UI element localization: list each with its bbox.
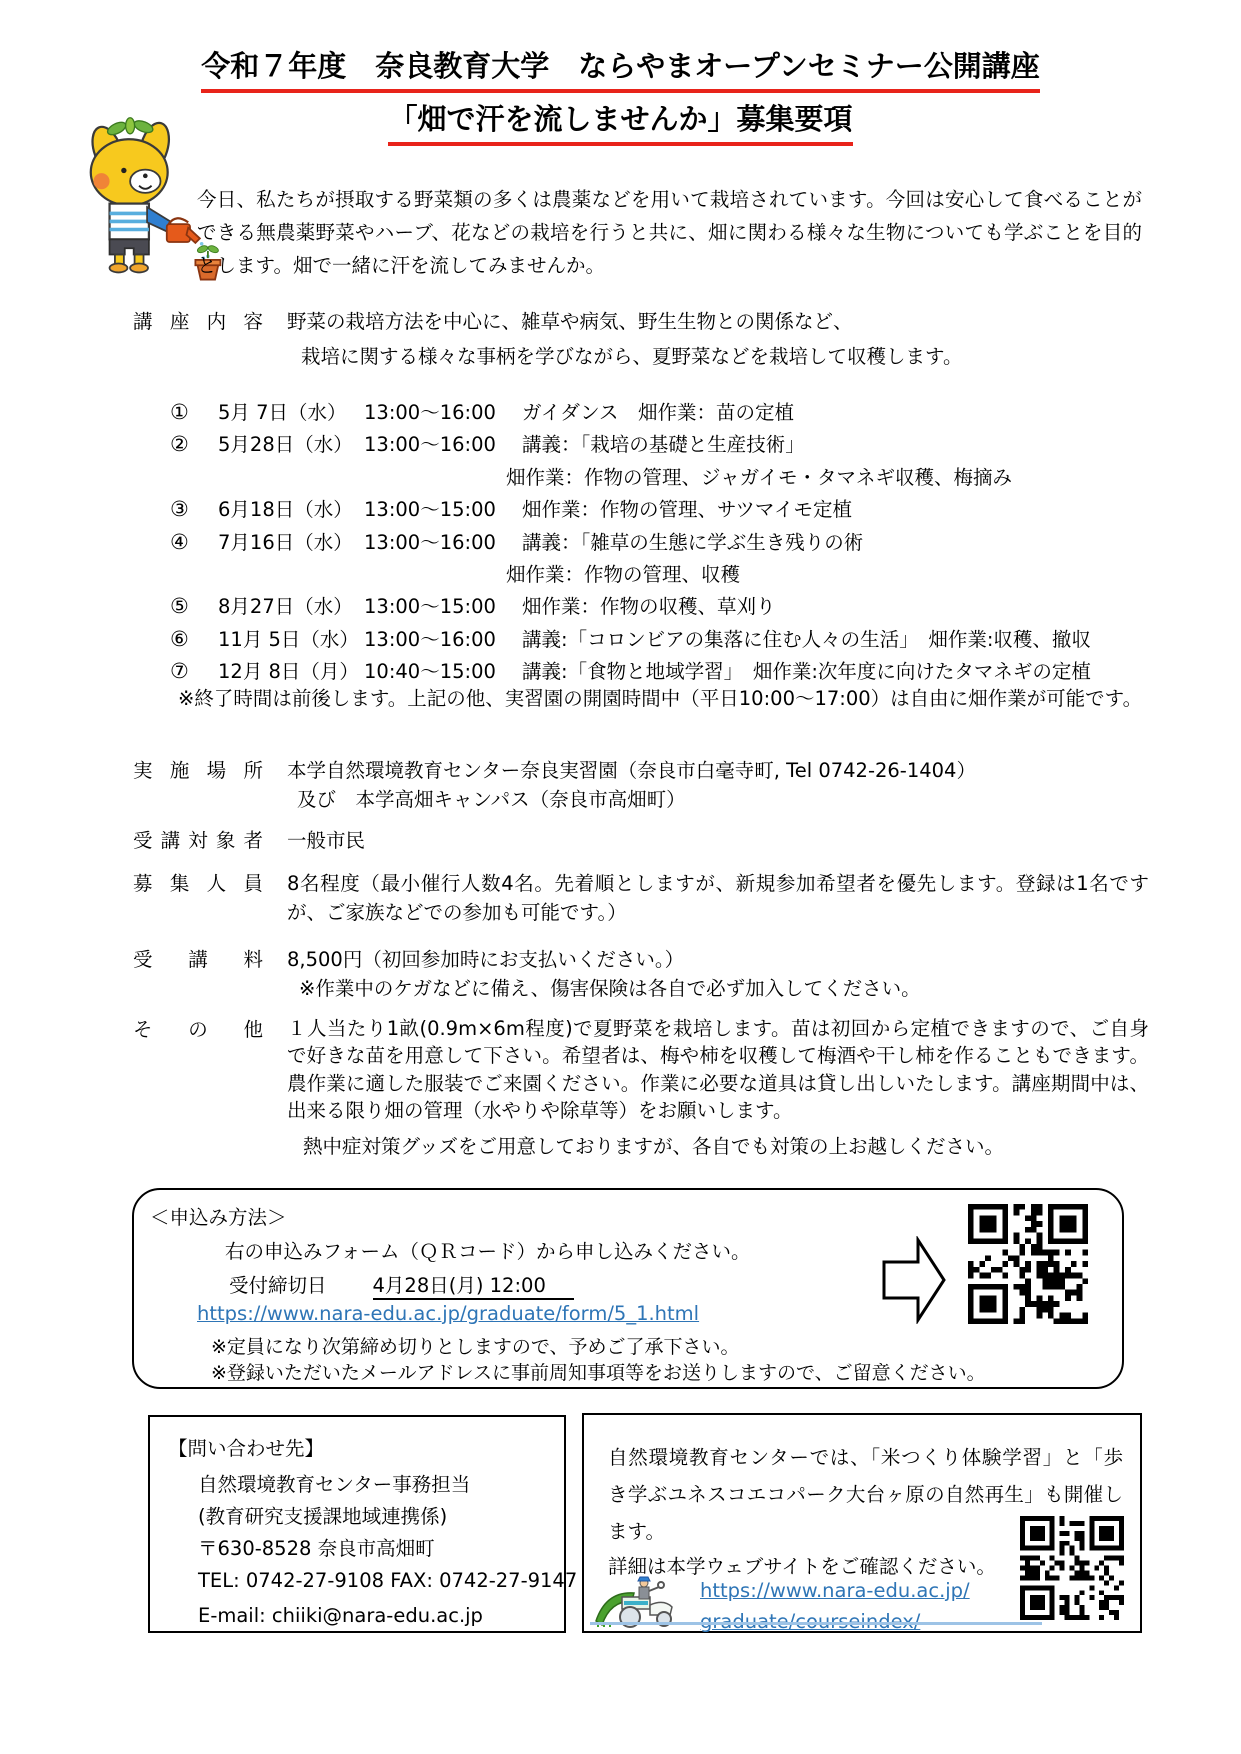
rice-planter-icon: [592, 1571, 694, 1629]
page-title-line1: 令和７年度 奈良教育大学 ならやまオープンセミナー公開講座: [201, 46, 1039, 93]
course-label: 講座内容: [133, 304, 263, 374]
schedule-row-5: ⑤8月27日（水）13:00～15:00畑作業：作物の収穫、草刈り: [170, 591, 1170, 623]
related-programs-box: 自然環境教育センターでは、「米つくり体験学習」と「歩き学ぶユネスコエコパーク大台…: [582, 1413, 1142, 1633]
fee-text: 8,500円（初回参加時にお支払いください。）: [287, 945, 1149, 974]
apply-note2: ※登録いただいたメールアドレスに事前周知事項等をお送りしますので、ご留意ください…: [211, 1358, 986, 1385]
section-target: 受講対象者 一般市民: [133, 826, 1149, 855]
contact-box: 【問い合わせ先】 自然環境教育センター事務担当 (教育研究支援課地域連携係) 〒…: [148, 1415, 566, 1633]
contact-heading: 【問い合わせ先】: [168, 1433, 564, 1461]
section-course-content: 講座内容 野菜の栽培方法を中心に、雑草や病気、野生生物との関係など、 栽培に関す…: [133, 304, 962, 374]
decorative-blue-rule: [590, 1622, 1042, 1625]
section-capacity: 募集人員 8名程度（最小催行人数4名。先着順としますが、新規参加希望者を優先しま…: [133, 869, 1149, 927]
schedule-row-3: ③6月18日（水）13:00～15:00畑作業：作物の管理、サツマイモ定植: [170, 494, 1170, 526]
venue-label: 実施場所: [133, 756, 263, 814]
venue-line1: 本学自然環境教育センター奈良実習園（奈良市白毫寺町, Tel 0742-26-1…: [287, 756, 1149, 785]
circled-number: ①: [170, 400, 218, 424]
circled-number: ②: [170, 432, 218, 456]
other-note: 熱中症対策グッズをご用意しておりますが、各自でも対策の上お越しください。: [303, 1133, 1149, 1160]
other-label: そ の 他: [133, 1015, 263, 1160]
circled-number: ⑦: [170, 659, 218, 683]
fee-note: ※作業中のケガなどに備え、傷害保険は各自で必ず加入してください。: [299, 974, 1149, 1003]
schedule-row-2: ②5月28日（水）13:00～16:00講義：「栽培の基礎と生産技術」: [170, 429, 1170, 461]
contact-line2: (教育研究支援課地域連携係): [198, 1501, 564, 1533]
contact-email: E-mail: chiiki@nara-edu.ac.jp: [198, 1600, 564, 1632]
schedule-row-2-cont: 畑作業：作物の管理、ジャガイモ・タマネギ収穫、梅摘み: [506, 462, 1170, 494]
website-link-line1[interactable]: https://www.nara-edu.ac.jp/: [700, 1579, 970, 1602]
apply-heading: ＜申込み方法＞: [150, 1202, 287, 1230]
contact-line1: 自然環境教育センター事務担当: [198, 1469, 564, 1501]
schedule-note: ※終了時間は前後します。上記の他、実習園の開園時間中（平日10:00～17:00…: [178, 684, 1167, 713]
circled-number: ③: [170, 497, 218, 521]
course-line1: 野菜の栽培方法を中心に、雑草や病気、野生生物との関係など、: [287, 304, 962, 339]
apply-note1: ※定員になり次第締め切りとしますので、予めご了承下さい。: [211, 1332, 740, 1359]
qr-code-website: [1020, 1516, 1124, 1620]
apply-form-link[interactable]: https://www.nara-edu.ac.jp/graduate/form…: [197, 1302, 699, 1325]
schedule-list: ①5月 7日（水）13:00～16:00ガイダンス 畑作業：苗の定植 ②5月28…: [170, 397, 1170, 689]
section-fee: 受 講 料 8,500円（初回参加時にお支払いください。） ※作業中のケガなどに…: [133, 945, 1149, 1003]
contact-line3: 〒630-8528 奈良市高畑町: [198, 1533, 564, 1565]
schedule-row-1: ①5月 7日（水）13:00～16:00ガイダンス 畑作業：苗の定植: [170, 397, 1170, 429]
schedule-row-6: ⑥11月 5日（水）13:00～16:00講義:「コロンビアの集落に住む人々の生…: [170, 624, 1170, 656]
apply-deadline: 受付締切日4月28日(月) 12:00: [229, 1270, 574, 1298]
flyer-page: { "colors": { "title_underline": "#e8231…: [0, 0, 1241, 1754]
target-text: 一般市民: [287, 826, 1149, 855]
circled-number: ⑤: [170, 594, 218, 618]
qr-code-apply-form: [968, 1204, 1088, 1324]
circled-number: ④: [170, 530, 218, 554]
deadline-value: 4月28日(月) 12:00: [373, 1274, 574, 1300]
capacity-text: 8名程度（最小催行人数4名。先着順としますが、新規参加希望者を優先します。登録は…: [287, 869, 1149, 927]
other-text: １人当たり1畝(0.9m×6m程度)で夏野菜を栽培します。苗は初回から定植できま…: [287, 1015, 1149, 1125]
schedule-row-4: ④7月16日（水）13:00～16:00講義：「雑草の生態に学ぶ生き残りの術: [170, 527, 1170, 559]
page-title-line2: 「畑で汗を流しませんか」募集要項: [388, 99, 852, 146]
apply-instruction: 右の申込みフォーム（ＱＲコード）から申し込みください。: [225, 1236, 751, 1264]
intro-paragraph: 今日、私たちが摂取する野菜類の多くは農薬などを用いて栽培されています。今回は安心…: [197, 183, 1142, 282]
capacity-label: 募集人員: [133, 869, 263, 927]
venue-line2: 及び 本学高畑キャンパス（奈良市高畑町）: [297, 785, 1149, 814]
section-other: そ の 他 １人当たり1畝(0.9m×6m程度)で夏野菜を栽培します。苗は初回か…: [133, 1015, 1149, 1160]
target-label: 受講対象者: [133, 826, 263, 855]
deadline-label: 受付締切日: [229, 1274, 327, 1297]
fee-label: 受 講 料: [133, 945, 263, 1003]
section-venue: 実施場所 本学自然環境教育センター奈良実習園（奈良市白毫寺町, Tel 0742…: [133, 756, 1149, 814]
circled-number: ⑥: [170, 627, 218, 651]
schedule-row-4-cont: 畑作業：作物の管理、収穫: [506, 559, 1170, 591]
contact-line4: TEL: 0742-27-9108 FAX: 0742-27-9147: [198, 1565, 564, 1597]
application-box: ＜申込み方法＞ 右の申込みフォーム（ＱＲコード）から申し込みください。 受付締切…: [132, 1188, 1124, 1389]
course-line2: 栽培に関する様々な事柄を学びながら、夏野菜などを栽培して収穫します。: [301, 339, 962, 374]
right-block-arrow-icon: [882, 1236, 946, 1324]
